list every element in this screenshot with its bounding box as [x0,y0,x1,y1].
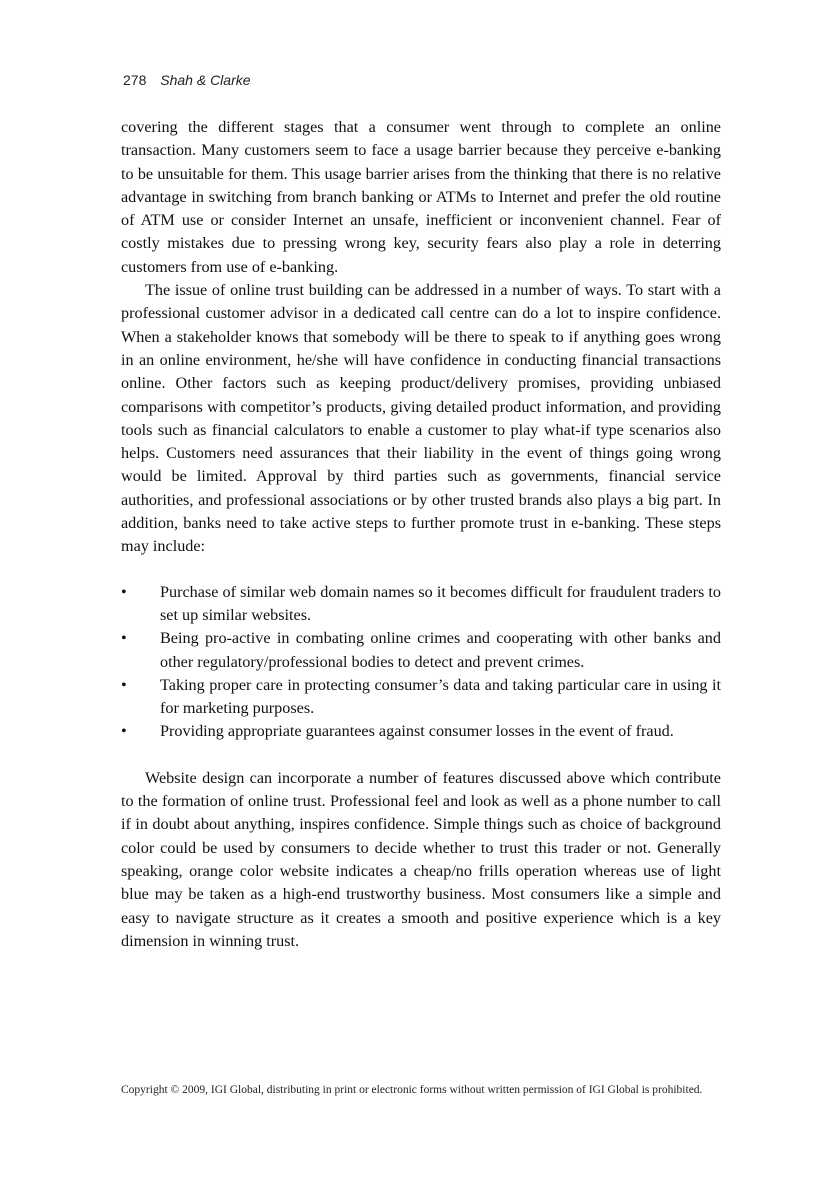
running-head: 278 Shah & Clarke [123,72,251,88]
bullet-icon: • [121,720,127,743]
bullet-icon: • [121,581,127,604]
document-page: 278 Shah & Clarke covering the different… [0,0,840,1200]
list-item: • Taking proper care in protecting consu… [121,674,721,721]
list-item-text: Providing appropriate guarantees against… [160,722,674,740]
bullet-icon: • [121,627,127,650]
list-item: • Purchase of similar web domain names s… [121,581,721,628]
paragraph-continuation: covering the different stages that a con… [121,116,721,279]
paragraph-website-design: Website design can incorporate a number … [121,767,721,953]
list-item-text: Purchase of similar web domain names so … [160,583,721,624]
body-text: covering the different stages that a con… [121,116,721,953]
list-item-text: Taking proper care in protecting consume… [160,676,721,717]
bullet-icon: • [121,674,127,697]
bullet-list: • Purchase of similar web domain names s… [121,581,721,744]
list-item: • Being pro-active in combating online c… [121,627,721,674]
page-number: 278 [123,72,146,88]
list-item-text: Being pro-active in combating online cri… [160,629,721,670]
copyright-footer: Copyright © 2009, IGI Global, distributi… [121,1083,721,1098]
list-item: • Providing appropriate guarantees again… [121,720,721,743]
paragraph-trust-building: The issue of online trust building can b… [121,279,721,559]
running-head-authors: Shah & Clarke [160,72,250,88]
